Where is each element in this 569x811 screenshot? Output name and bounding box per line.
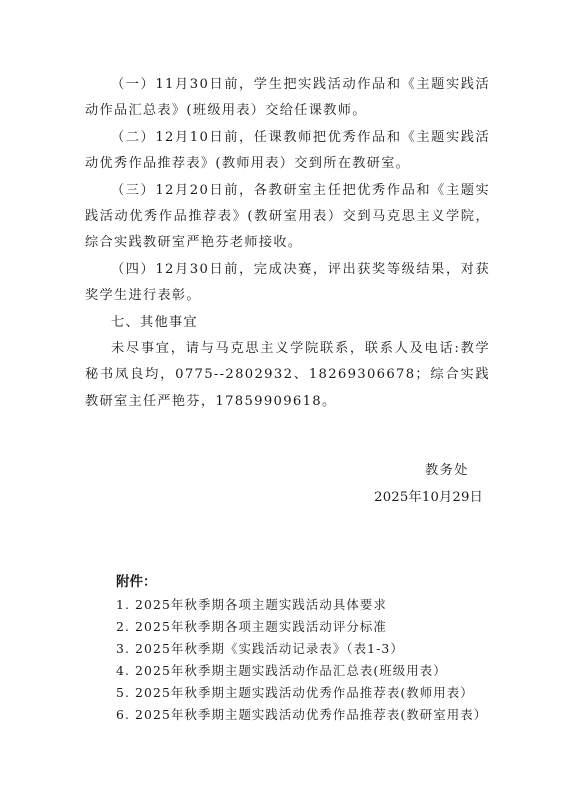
contact-paragraph: 未尽事宜，请与马克思主义学院联系，联系人及电话:教学秘书凤良均，0775--28… bbox=[85, 336, 490, 415]
document-body: （一）11月30日前，学生把实践活动作品和《主题实践活动作品汇总表》(班级用表）… bbox=[85, 72, 490, 415]
attachment-item: 6. 2025年秋季期主题实践活动优秀作品推荐表(教研室用表） bbox=[116, 704, 487, 726]
attachment-item: 5. 2025年秋季期主题实践活动优秀作品推荐表(教师用表） bbox=[116, 682, 487, 704]
issuing-organization: 教务处 bbox=[374, 457, 483, 484]
attachments-section: 附件： 1. 2025年秋季期各项主题实践活动具体要求 2. 2025年秋季期各… bbox=[116, 571, 487, 726]
attachment-item: 1. 2025年秋季期各项主题实践活动具体要求 bbox=[116, 594, 487, 616]
deadline-paragraph-2: （二）12月10日前，任课教师把优秀作品和《主题实践活动优秀作品推荐表》(教师用… bbox=[85, 125, 490, 178]
attachment-item: 3. 2025年秋季期《实践活动记录表》（表1-3） bbox=[116, 638, 487, 660]
deadline-paragraph-3: （三）12月20日前，各教研室主任把优秀作品和《主题实践活动优秀作品推荐表》(教… bbox=[85, 178, 490, 257]
document-page: （一）11月30日前，学生把实践活动作品和《主题实践活动作品汇总表》(班级用表）… bbox=[0, 0, 569, 811]
deadline-paragraph-1: （一）11月30日前，学生把实践活动作品和《主题实践活动作品汇总表》(班级用表）… bbox=[85, 72, 490, 125]
attachments-title: 附件： bbox=[116, 571, 487, 593]
signature-block: 教务处 2025年10月29日 bbox=[374, 457, 483, 511]
deadline-paragraph-4: （四）12月30日前，完成决赛，评出获奖等级结果，对获奖学生进行表彰。 bbox=[85, 257, 490, 310]
attachments-list: 1. 2025年秋季期各项主题实践活动具体要求 2. 2025年秋季期各项主题实… bbox=[116, 594, 487, 726]
attachment-item: 2. 2025年秋季期各项主题实践活动评分标准 bbox=[116, 616, 487, 638]
attachment-item: 4. 2025年秋季期主题实践活动作品汇总表(班级用表） bbox=[116, 660, 487, 682]
issue-date: 2025年10月29日 bbox=[374, 484, 483, 511]
section-heading-other-matters: 七、其他事宜 bbox=[85, 310, 490, 336]
